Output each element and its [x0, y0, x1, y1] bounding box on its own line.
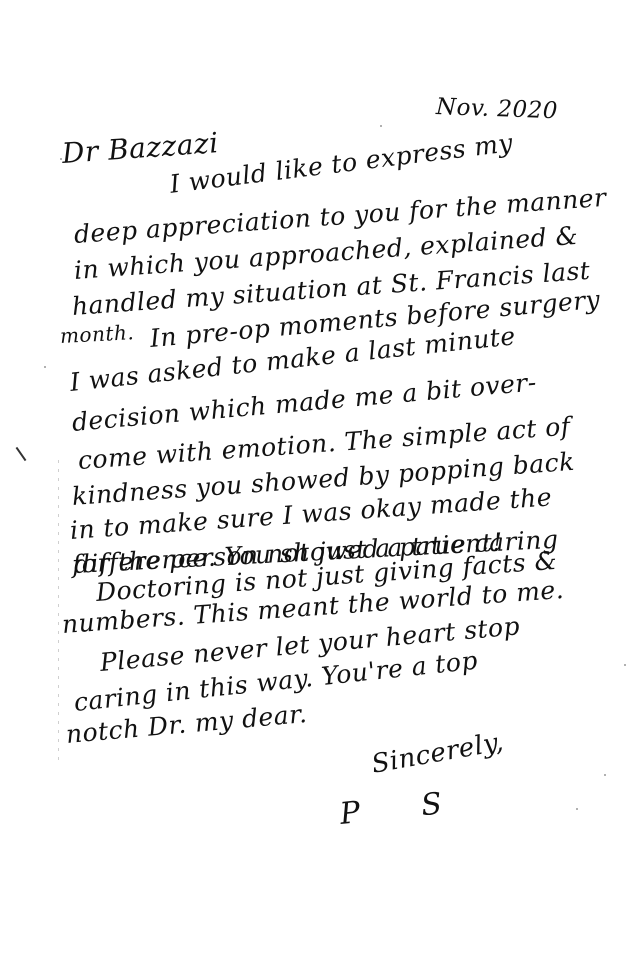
scan-margin-rule: [58, 460, 59, 760]
letter-date: Nov. 2020: [436, 96, 559, 123]
scan-speck: [60, 158, 62, 160]
letter-signature: P S: [338, 787, 469, 830]
margin-tick-mark: [16, 447, 27, 461]
letter-line: I would like to express my: [168, 130, 514, 197]
letter-closing: Sincerely,: [370, 729, 506, 778]
scan-speck: [604, 774, 606, 776]
scan-speck: [380, 125, 382, 127]
scan-speck: [44, 366, 46, 368]
letter-salutation: Dr Bazzazi: [61, 129, 219, 168]
letter-page: Nov. 2020 Dr Bazzazi I would like to exp…: [0, 0, 636, 953]
letter-line: month.: [59, 322, 134, 346]
scan-speck: [576, 808, 578, 810]
scan-speck: [624, 664, 626, 666]
